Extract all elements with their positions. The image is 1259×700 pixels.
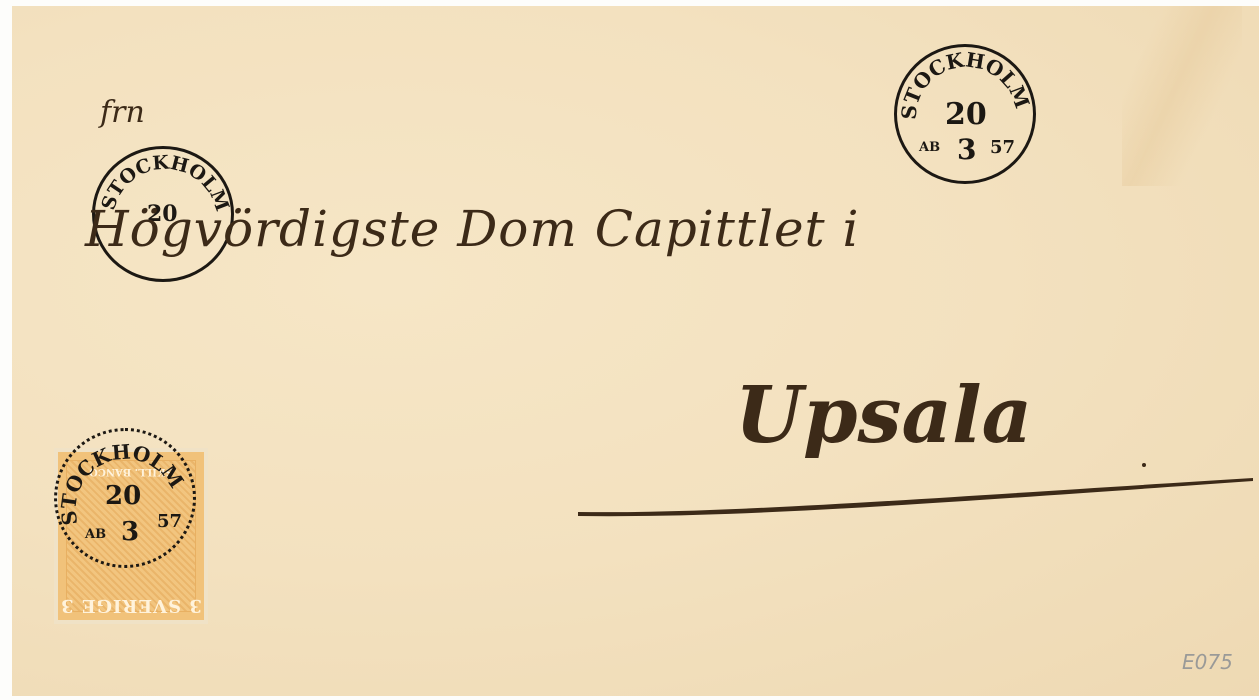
paper-crease [1122, 6, 1242, 186]
stamp-country: SVERIGE [81, 595, 181, 616]
postmark-top-right-day: 20 [945, 97, 987, 132]
stamp-denomination-right: 3 [60, 595, 74, 616]
destination-city: Upsala [735, 370, 1032, 461]
postmark-top-right-year: 57 [990, 137, 1015, 158]
period-dot [1142, 463, 1146, 467]
addressee-line: Högvördigste Dom Capittlet i [85, 200, 860, 258]
postmark-on-stamp-prefix: AB [85, 527, 106, 542]
archive-mark: E075 [1182, 650, 1233, 674]
postmark-on-stamp-year: 57 [157, 511, 182, 532]
postmark-top-right-month: 3 [957, 133, 976, 166]
postmark-on-stamp-day: 20 [105, 481, 141, 511]
routing-note: frn [100, 95, 145, 130]
stamp-country-text: 3 SVERIGE 3 [58, 595, 204, 616]
postmark-top-right-prefix: AB [919, 140, 940, 155]
stamp-denomination: 3 [188, 595, 202, 616]
postmark-on-stamp: STOCKHOLM 20 AB 3 57 [54, 428, 196, 568]
postmark-on-stamp-month: 3 [121, 517, 139, 547]
postmark-top-right: STOCKHOLM 20 AB 3 57 [894, 44, 1036, 184]
underline-stroke [578, 478, 1253, 518]
